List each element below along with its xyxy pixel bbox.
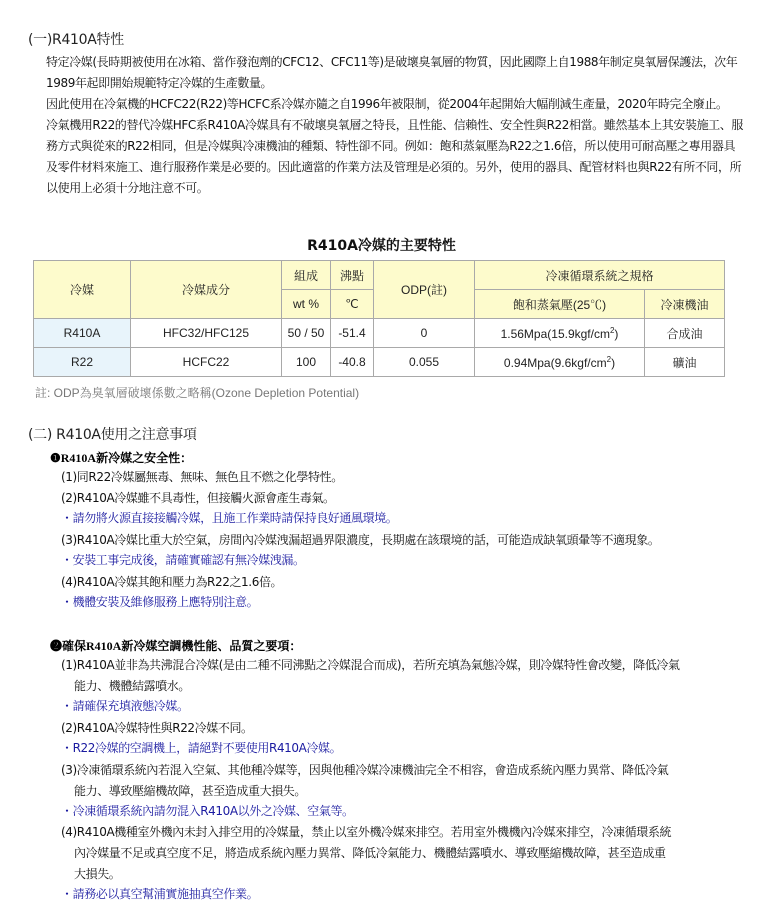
quality-warning-4: ・請務必以真空幫浦實施抽真空作業。: [61, 885, 258, 902]
header-oil: 冷凍機油: [645, 290, 725, 319]
cell-ratio: 100: [282, 348, 331, 377]
pressure-close: ): [614, 327, 618, 341]
quality-item-3-line2: 能力、導致壓縮機故障，甚至造成重大損失。: [61, 781, 751, 802]
header-ratio: 組成: [282, 261, 331, 290]
table-title: R410A冷媒的主要特性: [0, 235, 763, 255]
paragraph-2: 因此使用在冷氣機的HCFC22(R22)等HCFC系冷媒亦隨之自1996年被限制…: [46, 94, 746, 115]
quality-item-4-line2: 內冷媒量不足或真空度不足，將造成系統內壓力異常、降低冷氣能力、機體結露噴水、導致…: [61, 843, 751, 864]
cell-ratio: 50 / 50: [282, 319, 331, 348]
safety-item-4: (4)R410A冷媒其飽和壓力為R22之1.6倍。: [61, 572, 751, 593]
quality-item-4-line3: 大損失。: [61, 864, 751, 885]
cell-refrigerant: R410A: [34, 319, 131, 348]
quality-item-1: (1)R410A並非為共沸混合冷媒(是由二種不同沸點之冷媒混合而成)，若所充填為…: [61, 655, 751, 697]
cell-boiling: -40.8: [331, 348, 374, 377]
safety-item-1: (1)同R22冷媒屬無毒、無味、無色且不燃之化學特性。: [61, 467, 751, 488]
quality-item-4: (4)R410A機種室外機內未封入排空用的冷媒量，禁止以室外機冷媒來排空。若用室…: [61, 822, 751, 885]
header-cycle-spec: 冷凍循環系統之規格: [475, 261, 725, 290]
header-composition: 冷媒成分: [131, 261, 282, 319]
pressure-value: 1.56Mpa(15.9kgf/cm: [501, 327, 610, 341]
safety-warning-2: ・安裝工事完成後，請確實確認有無冷媒洩漏。: [61, 551, 305, 568]
quality-warning-1: ・請確保充填液態冷媒。: [61, 697, 189, 714]
section1-title: (一)R410A特性: [28, 29, 124, 49]
quality-item-4-line1: (4)R410A機種室外機內未封入排空用的冷媒量，禁止以室外機冷媒來排空。若用室…: [61, 825, 671, 839]
quality-item-3-line1: (3)冷凍循環系統內若混入空氣、其他種冷媒等，因與他種冷媒冷凍機油完全不相容，會…: [61, 763, 668, 777]
quality-item-1-line2: 能力、機體結露噴水。: [61, 676, 751, 697]
cell-pressure: 0.94Mpa(9.6kgf/cm2): [475, 348, 645, 377]
quality-warning-2: ・R22冷媒的空調機上，請絕對不要使用R410A冷媒。: [61, 739, 341, 756]
cell-pressure: 1.56Mpa(15.9kgf/cm2): [475, 319, 645, 348]
quality-warning-3: ・冷凍循環系統內請勿混入R410A以外之冷媒、空氣等。: [61, 802, 354, 819]
safety-item-3: (3)R410A冷媒比重大於空氣，房間內冷媒洩漏超過界限濃度，長期處在該環境的話…: [61, 530, 751, 551]
section1-body: 特定冷媒(長時期被使用在冰箱、當作發泡劑的CFC12、CFC11等)是破壞臭氧層…: [46, 52, 746, 199]
header-boiling: 沸點: [331, 261, 374, 290]
table-row: R22 HCFC22 100 -40.8 0.055 0.94Mpa(9.6kg…: [34, 348, 725, 377]
quality-item-3: (3)冷凍循環系統內若混入空氣、其他種冷媒等，因與他種冷媒冷凍機油完全不相容，會…: [61, 760, 751, 802]
cell-oil: 礦油: [645, 348, 725, 377]
table-footnote: 註: ODP為臭氧層破壞係數之略稱(Ozone Depletion Potent…: [35, 384, 359, 401]
header-pressure: 飽和蒸氣壓(25℃): [475, 290, 645, 319]
safety-subtitle: ❶R410A新冷媒之安全性：: [50, 449, 192, 466]
cell-odp: 0.055: [374, 348, 475, 377]
cell-composition: HFC32/HFC125: [131, 319, 282, 348]
quality-item-2: (2)R410A冷媒特性與R22冷媒不同。: [61, 718, 751, 739]
section2-title: (二) R410A使用之注意事項: [28, 424, 197, 444]
table-row: R410A HFC32/HFC125 50 / 50 -51.4 0 1.56M…: [34, 319, 725, 348]
cell-oil: 合成油: [645, 319, 725, 348]
pressure-close: ): [611, 356, 615, 370]
safety-warning-1: ・請勿將火源直接接觸冷媒，且施工作業時請保持良好通風環境。: [61, 509, 397, 526]
pressure-value: 0.94Mpa(9.6kgf/cm: [504, 356, 607, 370]
paragraph-3: 冷氣機用R22的替代冷媒HFC系R410A冷媒具有不破壞臭氧層之特長，且性能、信…: [46, 115, 746, 199]
cell-odp: 0: [374, 319, 475, 348]
quality-subtitle: ❷確保R410A新冷媒空調機性能、品質之要項：: [50, 637, 301, 654]
cell-composition: HCFC22: [131, 348, 282, 377]
header-boiling-unit: ℃: [331, 290, 374, 319]
refrigerant-spec-table: 冷媒 冷媒成分 組成 沸點 ODP(註) 冷凍循環系統之規格 wt % ℃ 飽和…: [33, 260, 725, 377]
quality-item-1-line1: (1)R410A並非為共沸混合冷媒(是由二種不同沸點之冷媒混合而成)，若所充填為…: [61, 658, 680, 672]
paragraph-1: 特定冷媒(長時期被使用在冰箱、當作發泡劑的CFC12、CFC11等)是破壞臭氧層…: [46, 52, 746, 94]
header-refrigerant: 冷媒: [34, 261, 131, 319]
cell-boiling: -51.4: [331, 319, 374, 348]
header-ratio-unit: wt %: [282, 290, 331, 319]
safety-warning-3: ・機體安裝及維修服務上應特別注意。: [61, 593, 258, 610]
cell-refrigerant: R22: [34, 348, 131, 377]
header-odp: ODP(註): [374, 261, 475, 319]
safety-item-2: (2)R410A冷媒雖不具毒性，但接觸火源會產生毒氣。: [61, 488, 751, 509]
